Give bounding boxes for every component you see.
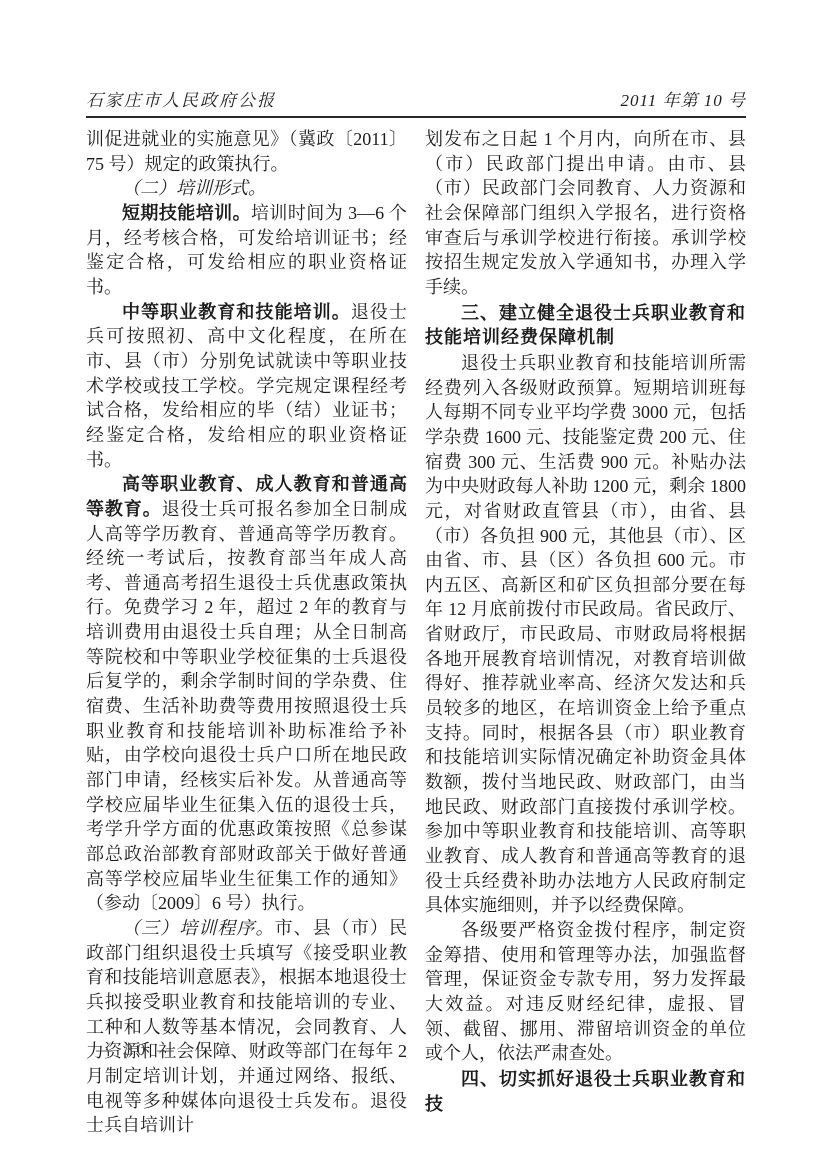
- body-text: 退役士兵可报名参加全日制成人高等学历教育、普通高等学历教育。经统一考试后，按教育…: [86, 499, 407, 914]
- body-text: 训促进就业的实施意见》（冀政〔2011〕75 号）规定的政策执行。: [86, 129, 407, 174]
- left-column: 训促进就业的实施意见》（冀政〔2011〕75 号）规定的政策执行。 （二）培训形…: [86, 127, 407, 1138]
- header-rule: [86, 116, 746, 118]
- page-number: — 30 —: [96, 1040, 178, 1060]
- paragraph-funding-budget: 退役士兵职业教育和技能培训所需经费列入各级财政预算。短期培训班每人每期不同专业平…: [425, 351, 746, 918]
- paragraph-fund-supervision: 各级要严格资金拨付程序，制定资金筹措、使用和管理等办法，加强监督管理，保证资金专…: [425, 918, 746, 1066]
- section-heading-3: 三、建立健全退役士兵职业教育和技能培训经费保障机制: [425, 301, 746, 350]
- subsection-label: （三）培训程序。: [122, 918, 275, 938]
- right-column: 划发布之日起 1 个月内，向所在市、县（市）民政部门提出申请。由市、县（市）民政…: [425, 127, 746, 1138]
- paragraph-higher-education: 高等职业教育、成人教育和普通高等教育。退役士兵可报名参加全日制成人高等学历教育、…: [86, 472, 407, 916]
- gazette-title: 石家庄市人民政府公报: [86, 86, 276, 111]
- paragraph-secondary-vocational: 中等职业教育和技能培训。退役士兵可按照初、高中文化程度，在所在市、县（市）分别免…: [86, 300, 407, 473]
- body-text: 退役士兵职业教育和技能培训所需经费列入各级财政预算。短期培训班每人每期不同专业平…: [425, 353, 746, 915]
- section-heading-4: 四、切实抓好退役士兵职业教育和技: [425, 1067, 746, 1116]
- paragraph-short-term-training: 短期技能培训。培训时间为 3—6 个月，经考核合格，可发给培训证书；经鉴定合格，…: [86, 201, 407, 300]
- paragraph-continuation: 训促进就业的实施意见》（冀政〔2011〕75 号）规定的政策执行。: [86, 127, 407, 176]
- body-text: 退役士兵可按照初、高中文化程度，在所在市、县（市）分别免试就读中等职业技术学校或…: [86, 302, 407, 470]
- gazette-page: 石家庄市人民政府公报 2011 年第 10 号 训促进就业的实施意见》（冀政〔2…: [0, 0, 826, 1169]
- paragraph-training-procedure: （三）培训程序。市、县（市）民政部门组织退役士兵填写《接受职业教育和技能培训意愿…: [86, 916, 407, 1138]
- subsection-label: （二）培训形式。: [122, 178, 266, 198]
- body-text: 划发布之日起 1 个月内，向所在市、县（市）民政部门提出申请。由市、县（市）民政…: [425, 129, 746, 297]
- body-text: 市、县（市）民政部门组织退役士兵填写《接受职业教育和技能培训意愿表》，根据本地退…: [86, 918, 407, 1135]
- runin-heading: 短期技能培训。: [122, 203, 251, 223]
- subsection-heading-2: （二）培训形式。: [86, 176, 407, 201]
- issue-number: 2011 年第 10 号: [621, 86, 747, 111]
- page-header: 石家庄市人民政府公报 2011 年第 10 号: [86, 86, 746, 111]
- two-column-body: 训促进就业的实施意见》（冀政〔2011〕75 号）规定的政策执行。 （二）培训形…: [86, 127, 746, 1138]
- paragraph-continuation: 划发布之日起 1 个月内，向所在市、县（市）民政部门提出申请。由市、县（市）民政…: [425, 127, 746, 300]
- runin-heading: 中等职业教育和技能培训。: [122, 302, 351, 322]
- body-text: 各级要严格资金拨付程序，制定资金筹措、使用和管理等办法，加强监督管理，保证资金专…: [425, 920, 746, 1063]
